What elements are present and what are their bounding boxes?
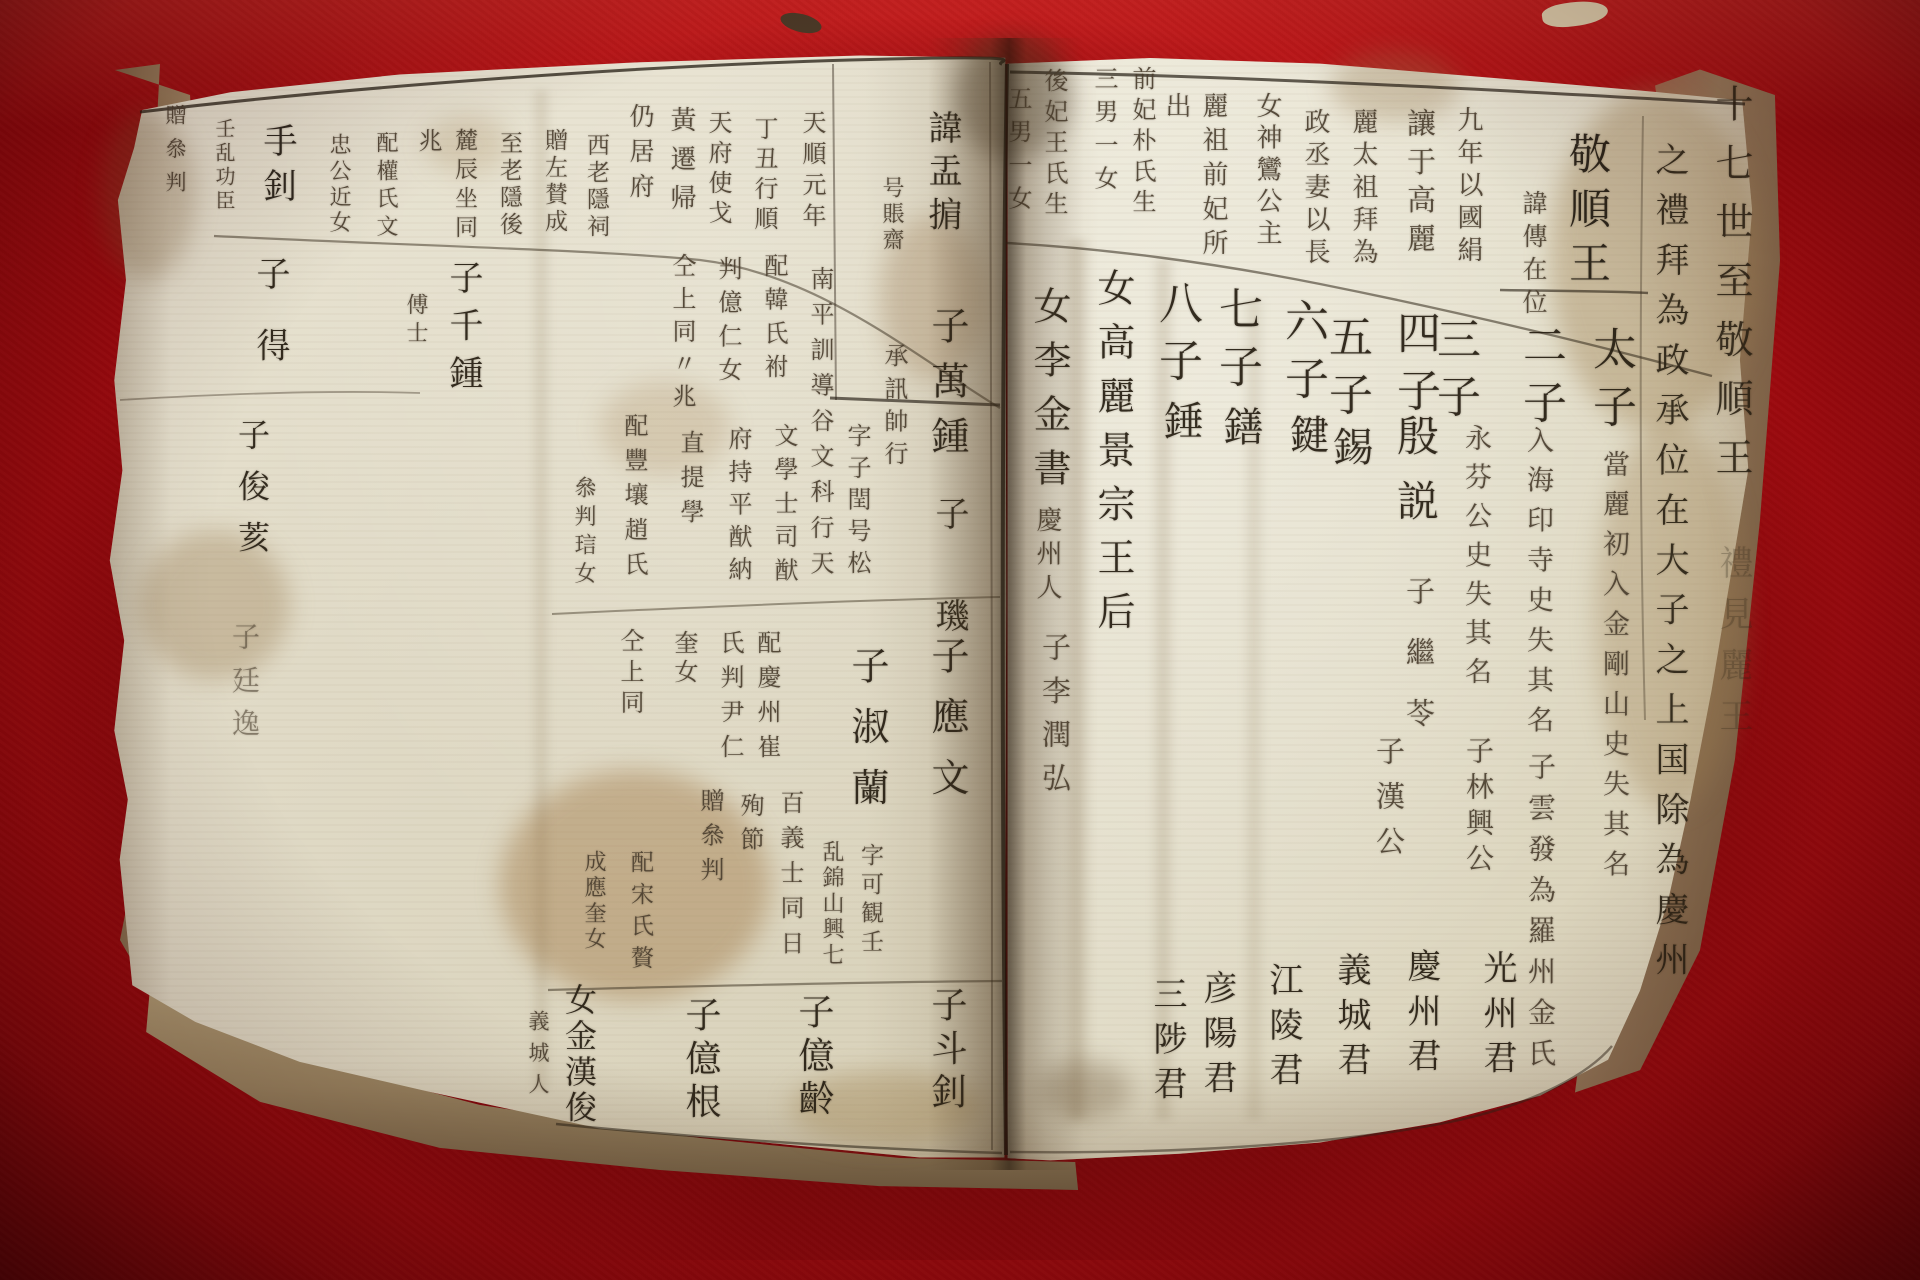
left-page — [108, 50, 1008, 1162]
photo-genealogy-manuscript: 諱盂掮号賬齋天順元年丁丑行順天府使戈黃遷帰仍居府西老隱祠贈左賛成至老隱後麓辰坐同… — [0, 0, 1920, 1280]
